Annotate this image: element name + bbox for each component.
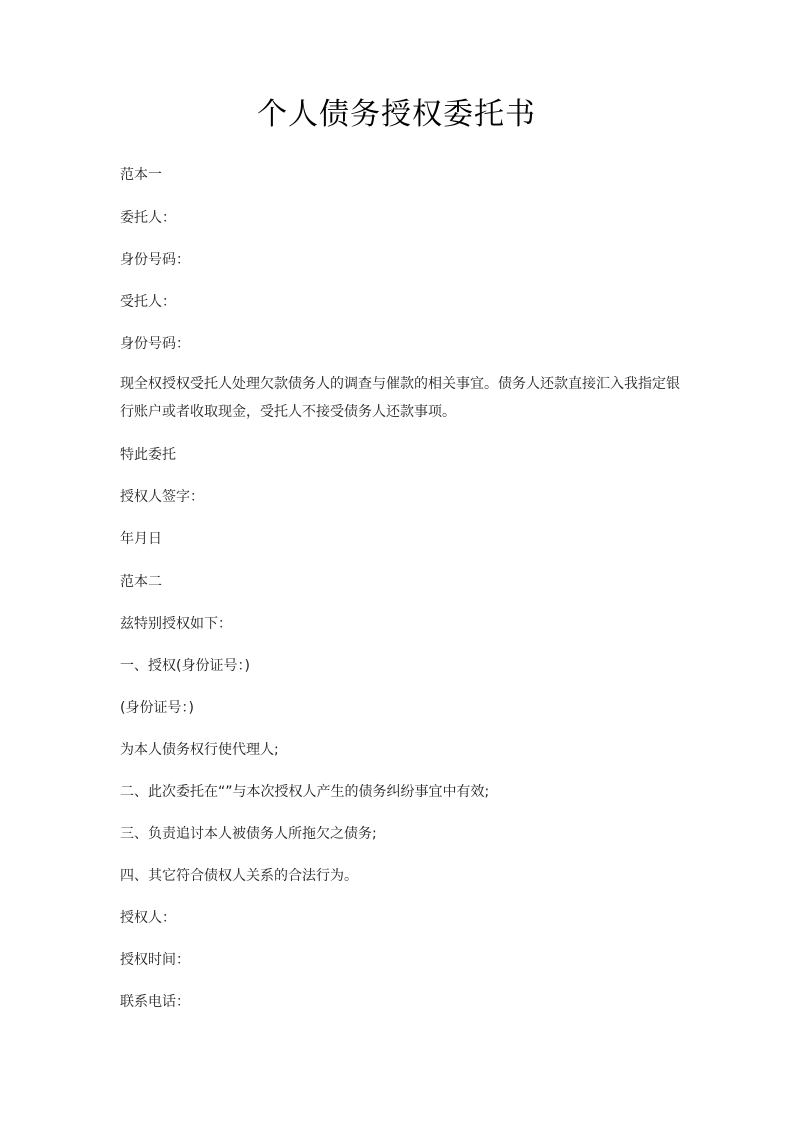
grantor-field: 授权人：	[120, 908, 176, 928]
phone-field: 联系电话：	[120, 992, 190, 1012]
id-card-field: (身份证号：)	[120, 698, 194, 718]
sample-two-heading: 范本二	[120, 572, 162, 592]
authorization-body: 现全权授权受托人处理欠款债务人的调查与催款的相关事宜。债务人还款直接汇入我指定银…	[120, 370, 690, 426]
clause-four: 四、其它符合债权人关系的合法行为。	[120, 866, 358, 886]
sample-one-heading: 范本一	[120, 165, 162, 185]
agent-role: 为本人债务权行使代理人;	[120, 740, 279, 760]
principal-id-field: 身份号码：	[120, 250, 190, 270]
agent-id-field: 身份号码：	[120, 334, 190, 354]
document-page: 个人债务授权委托书 范本一 委托人： 身份号码： 受托人： 身份号码： 现全权授…	[0, 0, 793, 1122]
principal-field: 委托人：	[120, 208, 176, 228]
date-field: 年月日	[120, 529, 162, 549]
agent-field: 受托人：	[120, 292, 176, 312]
clause-two: 二、此次委托在“”与本次授权人产生的债务纠纷事宜中有效;	[120, 782, 489, 802]
authorization-time-field: 授权时间：	[120, 950, 190, 970]
special-authorization: 兹特别授权如下：	[120, 614, 232, 634]
clause-one: 一、授权(身份证号：)	[120, 656, 250, 676]
hereby-entrust: 特此委托	[120, 445, 176, 465]
signature-field: 授权人签字：	[120, 487, 204, 507]
document-title: 个人债务授权委托书	[0, 93, 793, 137]
clause-three: 三、负责追讨本人被债务人所拖欠之债务;	[120, 824, 377, 844]
